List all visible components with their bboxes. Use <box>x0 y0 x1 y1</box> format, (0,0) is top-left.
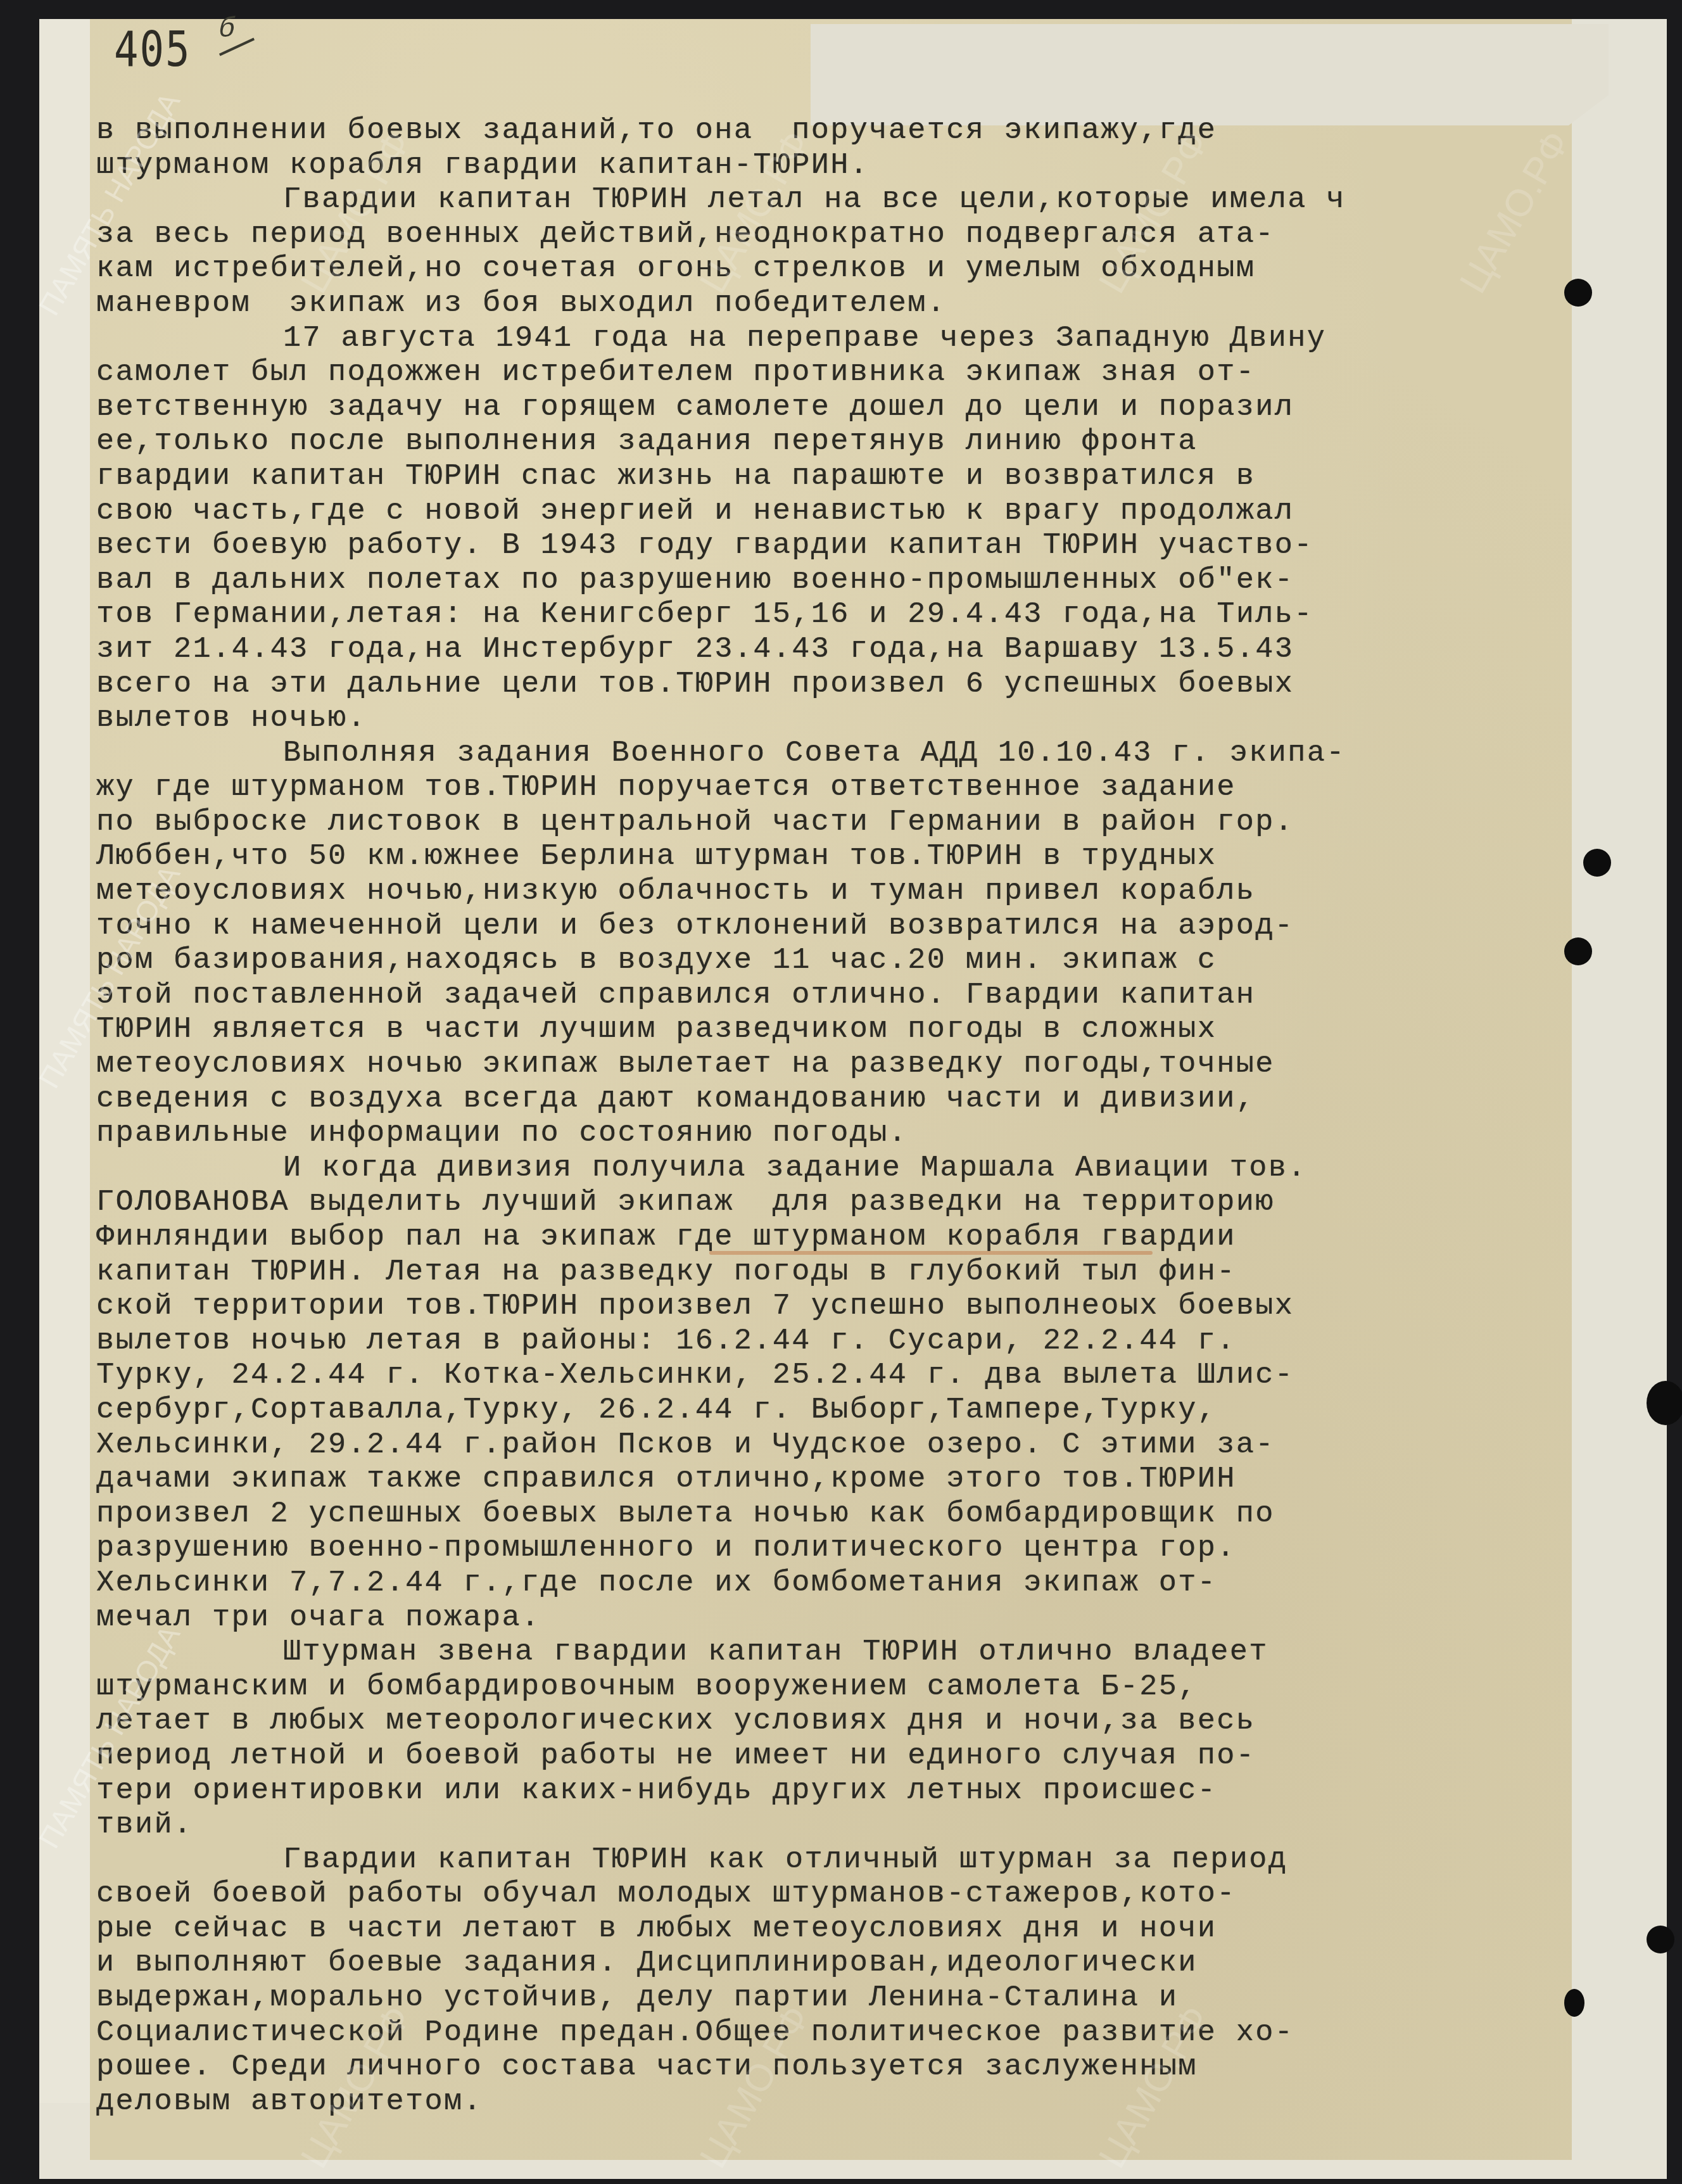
text-line: в выполнении боевых заданий,то она поруч… <box>96 114 1565 149</box>
text-line: ТЮРИН является в части лучшим разведчико… <box>96 1013 1565 1048</box>
text-line: тери ориентировки или каких-нибудь други… <box>96 1774 1565 1809</box>
binder-hole <box>1647 1926 1674 1953</box>
text-line: свою часть,где с новой энергией и ненави… <box>96 495 1565 530</box>
page-number: 405 <box>114 22 191 79</box>
text-line: самолет был подожжен истребителем против… <box>96 356 1565 391</box>
text-line: рые сейчас в части летают в любых метеоу… <box>96 1912 1565 1947</box>
text-line: вести боевую работу. В 1943 году гвардии… <box>96 529 1565 564</box>
text-line: кам истребителей,но сочетая огонь стрелк… <box>96 252 1565 287</box>
text-line: штурманом корабля гвардии капитан-ТЮРИН. <box>96 149 1565 184</box>
text-line: зит 21.4.43 года,на Инстербург 23.4.43 г… <box>96 633 1565 668</box>
text-line: жу где штурманом тов.ТЮРИН поручается от… <box>96 771 1565 806</box>
binder-hole <box>1564 279 1592 307</box>
text-line: штурманским и бомбардировочным вооружени… <box>96 1670 1565 1705</box>
text-line: этой поставленной задачей справился отли… <box>96 979 1565 1013</box>
text-line: мечал три очага пожара. <box>96 1601 1565 1636</box>
text-line: 17 августа 1941 года на переправе через … <box>96 322 1565 357</box>
text-line: точно к намеченной цели и без отклонений… <box>96 910 1565 944</box>
text-line: сербург,Сортавалла,Турку, 26.2.44 г. Выб… <box>96 1394 1565 1428</box>
text-line: капитан ТЮРИН. Летая на разведку погоды … <box>96 1255 1565 1290</box>
text-line: маневром экипаж из боя выходил победител… <box>96 287 1565 322</box>
text-line: Люббен,что 50 км.южнее Берлина штурман т… <box>96 840 1565 875</box>
typed-text-body: в выполнении боевых заданий,то она поруч… <box>96 114 1565 2119</box>
text-line: Штурман звена гвардии капитан ТЮРИН отли… <box>96 1635 1565 1670</box>
text-line: гвардии капитан ТЮРИН спас жизнь на пара… <box>96 460 1565 495</box>
text-line: выдержан,морально устойчив, делу партии … <box>96 1981 1565 2016</box>
text-line: по выброске листовок в центральной части… <box>96 806 1565 841</box>
text-line: Выполняя задания Военного Совета АДД 10.… <box>96 737 1565 771</box>
binder-hole <box>1583 849 1611 877</box>
text-line: вылетов ночью. <box>96 702 1565 737</box>
binder-hole <box>1564 937 1592 965</box>
text-line: деловым авторитетом. <box>96 2085 1565 2120</box>
text-line: тов Германии,летая: на Кенигсберг 15,16 … <box>96 598 1565 633</box>
text-line: летает в любых метеорологических условия… <box>96 1705 1565 1739</box>
text-line: период летной и боевой работы не имеет н… <box>96 1739 1565 1774</box>
text-line: и выполняют боевые задания. Дисциплиниро… <box>96 1946 1565 1981</box>
text-line: дачами экипаж также справился отлично,кр… <box>96 1463 1565 1497</box>
paper-patch <box>811 24 1609 125</box>
binder-hole <box>1647 1381 1682 1425</box>
text-line: за весь период военных действий,неоднокр… <box>96 218 1565 253</box>
text-line: ее,только после выполнения задания перет… <box>96 425 1565 460</box>
text-line: твий. <box>96 1808 1565 1843</box>
text-line: ром базирования,находясь в воздухе 11 ча… <box>96 944 1565 979</box>
binder-hole <box>1564 1989 1584 2017</box>
text-line: сведения с воздуха всегда дают командова… <box>96 1082 1565 1117</box>
text-line: вал в дальних полетах по разрушению воен… <box>96 564 1565 599</box>
page-number-suffix: б <box>218 14 235 46</box>
text-line: рошее. Среди личного состава части польз… <box>96 2050 1565 2085</box>
text-line: ГОЛОВАНОВА выделить лучший экипаж для ра… <box>96 1186 1565 1221</box>
text-line: Хельсинки 7,7.2.44 г.,где после их бомбо… <box>96 1566 1565 1601</box>
text-line: своей боевой работы обучал молодых штурм… <box>96 1877 1565 1912</box>
text-line: ской территории тов.ТЮРИН произвел 7 усп… <box>96 1290 1565 1324</box>
text-line: Хельсинки, 29.2.44 г.район Псков и Чудск… <box>96 1428 1565 1463</box>
text-line: Гвардии капитан ТЮРИН как отличный штурм… <box>96 1843 1565 1878</box>
text-line: И когда дивизия получила задание Маршала… <box>96 1152 1565 1186</box>
text-line: разрушению военно-промышленного и полити… <box>96 1532 1565 1566</box>
text-line: метеоусловиях ночью экипаж вылетает на р… <box>96 1048 1565 1082</box>
text-line: метеоусловиях ночью,низкую облачность и … <box>96 875 1565 910</box>
text-line: Гвардии капитан ТЮРИН летал на все цели,… <box>96 183 1565 218</box>
text-line: ветственную задачу на горящем самолете д… <box>96 391 1565 426</box>
text-line: произвел 2 успешных боевых вылета ночью … <box>96 1497 1565 1532</box>
text-line: Социалистической Родине предан.Общее пол… <box>96 2016 1565 2051</box>
text-line: правильные информации по состоянию погод… <box>96 1117 1565 1152</box>
text-line: Финляндии выбор пал на экипаж где штурма… <box>96 1221 1565 1255</box>
text-line: всего на эти дальние цели тов.ТЮРИН прои… <box>96 668 1565 702</box>
right-margin-strip <box>1572 19 1667 2160</box>
text-line: Турку, 24.2.44 г. Котка-Хельсинки, 25.2.… <box>96 1359 1565 1394</box>
text-line: вылетов ночью летая в районы: 16.2.44 г.… <box>96 1324 1565 1359</box>
